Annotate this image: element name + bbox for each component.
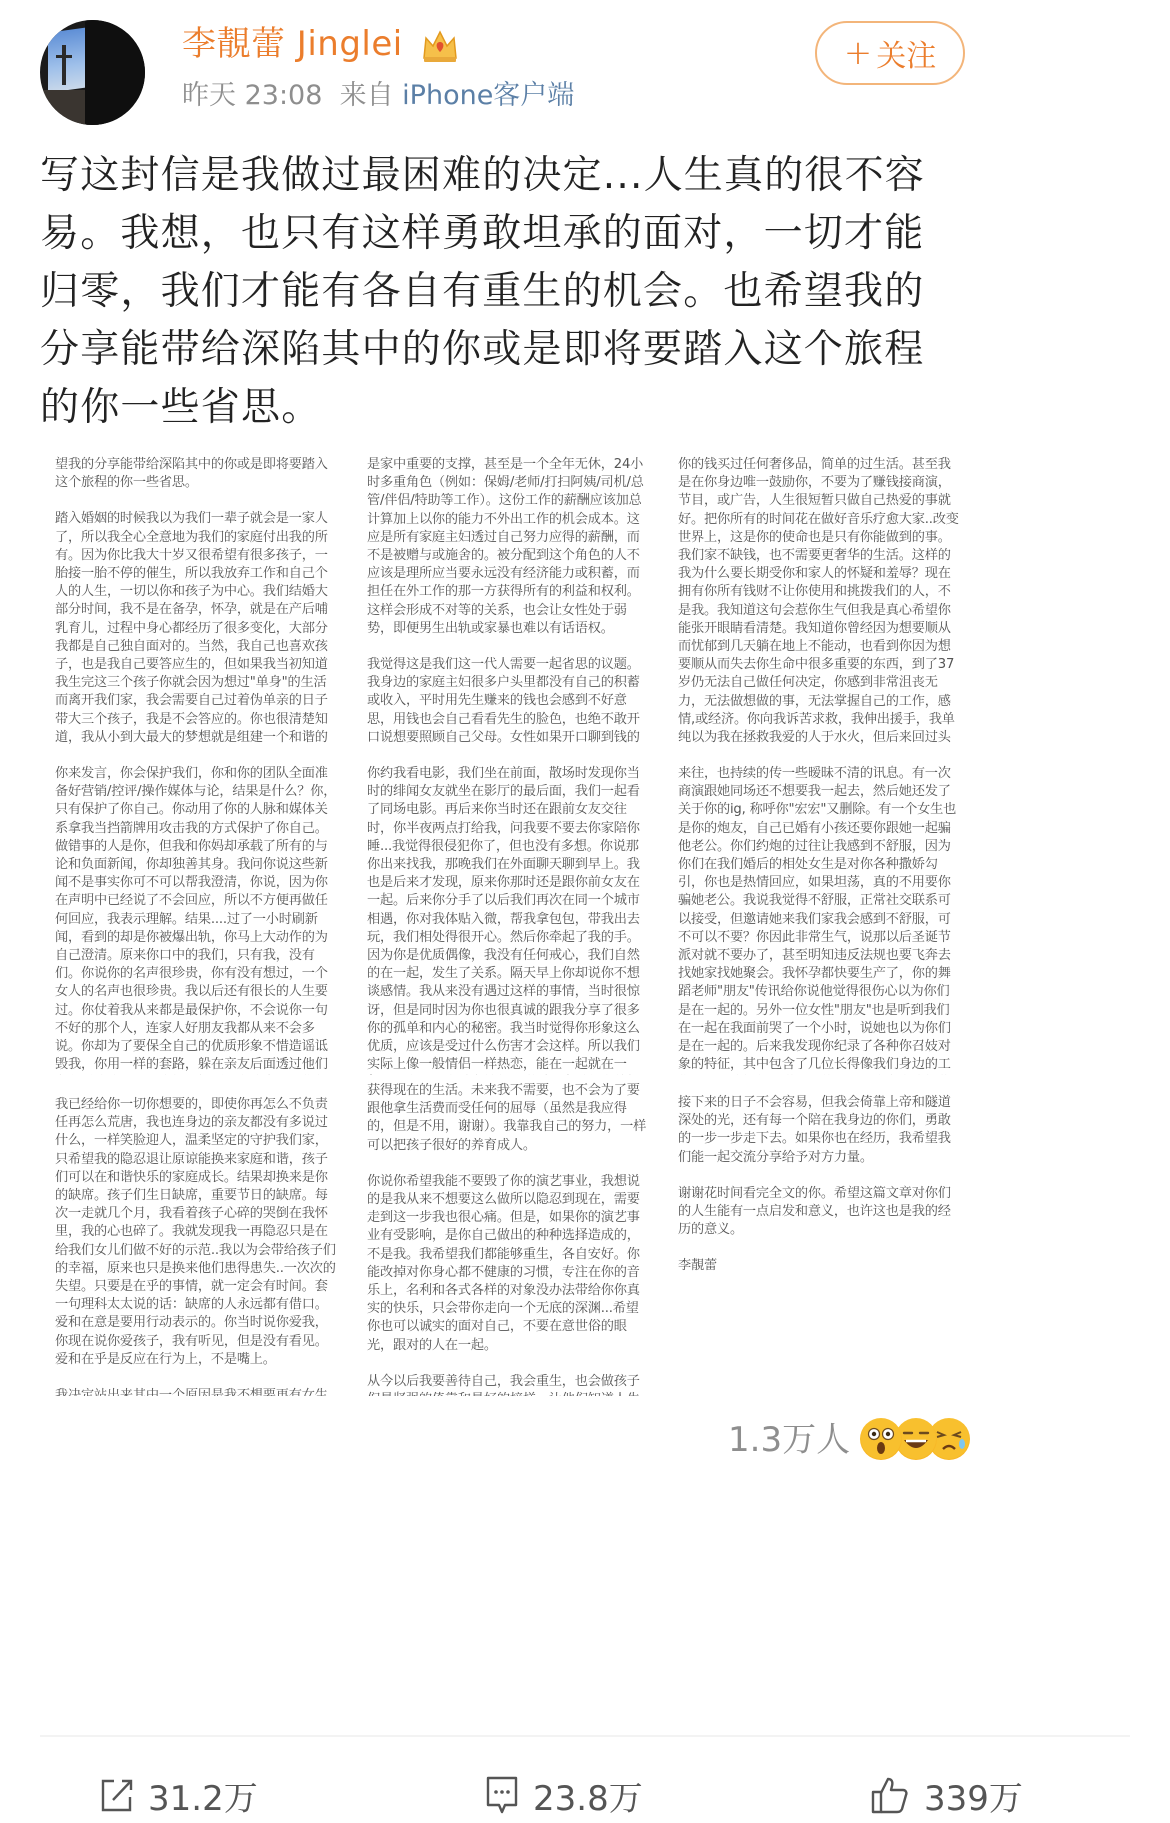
post-meta: 昨天 23:08 来自 iPhone客户端 [182, 78, 574, 114]
repost-icon [100, 1777, 134, 1813]
reaction-count[interactable]: 1.3万人 [728, 1418, 850, 1462]
letter-text: 获得现在的生活。未来我不需要，也不会为了要跟他拿生活费而受任何的屈辱（虽然是我应… [367, 1082, 651, 1396]
shocked-face-emoji-icon [860, 1418, 902, 1460]
letter-paragraph: 望我的分享能带给深陷其中的你或是即将要踏入这个旅程的你一些省思。 [55, 456, 339, 492]
letter-paragraph: 是家中重要的支撑，甚至是一个全年无休，24小时多重角色（例如：保姆/老师/打扫阿… [367, 456, 651, 638]
letter-paragraph: 接下来的日子不会容易，但我会倚靠上帝和隧道深处的光，还有每一个陪在我身边的你们，… [678, 1094, 962, 1167]
letter-image-6[interactable]: 来往，也持续的传一些暧昧不清的讯息。有一次商演跟她同场还不想要我一起去，然后她还… [668, 757, 968, 1075]
author-name[interactable]: 李靚蕾 Jinglei [182, 22, 403, 66]
letter-text: 接下来的日子不会容易，但我会倚靠上帝和隧道深处的光，还有每一个陪在我身边的你们，… [678, 1094, 962, 1294]
letter-image-7[interactable]: 我已经给你一切你想要的，即使你再怎么不负责任再怎么荒唐，我也连身边的亲友都没有多… [45, 1086, 345, 1396]
letter-text: 望我的分享能带给深陷其中的你或是即将要踏入这个旅程的你一些省思。 踏入婚姻的时候… [55, 456, 339, 746]
avatar-photo-tower-arm [56, 55, 72, 58]
post-text-line: 的你一些省思。 [40, 379, 970, 437]
letter-text: 我已经给你一切你想要的，即使你再怎么不负责任再怎么荒唐，我也连身边的亲友都没有多… [55, 1096, 339, 1396]
letter-image-1[interactable]: 望我的分享能带给深陷其中的你或是即将要踏入这个旅程的你一些省思。 踏入婚姻的时候… [45, 448, 345, 746]
letter-image-8[interactable]: 获得现在的生活。未来我不需要，也不会为了要跟他拿生活费而受任何的屈辱（虽然是我应… [357, 1076, 657, 1396]
letter-paragraph: 从今以后我要善待自己，我会重生，也会做孩子们最坚强的倚靠和最好的榜样，让他们知道… [367, 1373, 651, 1396]
action-bar-divider [40, 1735, 1130, 1737]
source-prefix: 来自 [340, 80, 394, 111]
letter-paragraph: 你约我看电影，我们坐在前面，散场时发现你当时的绯闻女友就坐在影厅的最后面，我们一… [367, 765, 651, 1075]
post-timestamp: 昨天 23:08 [182, 80, 322, 111]
letter-text: 来往，也持续的传一些暧昧不清的讯息。有一次商演跟她同场还不想要我一起去，然后她还… [678, 765, 962, 1075]
letter-image-3[interactable]: 你的钱买过任何奢侈品，简单的过生活。甚至我是在你身边唯一鼓励你，不要为了赚钱接商… [668, 448, 968, 746]
thumbs-up-icon [870, 1775, 910, 1815]
letter-paragraph: 来往，也持续的传一些暧昧不清的讯息。有一次商演跟她同场还不想要我一起去，然后她还… [678, 765, 962, 1075]
post-text-line: 易。我想，也只有这样勇敢坦承的面对，一切才能 [40, 205, 970, 263]
avatar-photo-tower [62, 45, 66, 85]
source-client-link[interactable]: iPhone客户端 [402, 80, 574, 111]
letter-paragraph: 获得现在的生活。未来我不需要，也不会为了要跟他拿生活费而受任何的屈辱（虽然是我应… [367, 1082, 651, 1155]
letter-signature: 李靚蕾 [678, 1257, 962, 1275]
letter-paragraph: 我已经给你一切你想要的，即使你再怎么不负责任再怎么荒唐，我也连身边的亲友都没有多… [55, 1096, 339, 1369]
letter-paragraph: 踏入婚姻的时候我以为我们一辈子就会是一家人了，所以我全心全意地为我们的家庭付出我… [55, 510, 339, 746]
post-text-line: 写这封信是我做过最困难的决定...人生真的很不容 [40, 147, 970, 205]
avatar-photo-sky [48, 27, 88, 93]
letter-paragraph: 你的钱买过任何奢侈品，简单的过生活。甚至我是在你身边唯一鼓励你，不要为了赚钱接商… [678, 456, 962, 746]
letter-text: 你约我看电影，我们坐在前面，散场时发现你当时的绯闻女友就坐在影厅的最后面，我们一… [367, 765, 651, 1075]
letter-paragraph: 我决定站出来其中一个原因是我不想要再有女生 [55, 1387, 339, 1396]
letter-paragraph: 你说你希望我能不要毁了你的演艺事业，我想说的是我从来不想要这么做所以隐忍到现在，… [367, 1173, 651, 1355]
repost-button[interactable]: 31.2万 [100, 1765, 258, 1823]
letter-image-5[interactable]: 你约我看电影，我们坐在前面，散场时发现你当时的绯闻女友就坐在影厅的最后面，我们一… [357, 757, 657, 1075]
avatar[interactable] [40, 20, 145, 125]
letter-image-2[interactable]: 是家中重要的支撑，甚至是一个全年无休，24小时多重角色（例如：保姆/老师/打扫阿… [357, 448, 657, 746]
like-count: 339万 [924, 1771, 1023, 1820]
post-text-line: 分享能带给深陷其中的你或是即将要踏入这个旅程 [40, 321, 970, 379]
letter-image-9[interactable]: 接下来的日子不会容易，但我会倚靠上帝和隧道深处的光，还有每一个陪在我身边的你们，… [668, 1086, 968, 1396]
letter-text: 是家中重要的支撑，甚至是一个全年无休，24小时多重角色（例如：保姆/老师/打扫阿… [367, 456, 651, 746]
crown-vip-icon [420, 28, 460, 64]
follow-label: 关注 [876, 31, 936, 75]
avatar-photo-shadow [85, 20, 145, 125]
comment-count: 23.8万 [533, 1771, 643, 1820]
post-text-line: 归零，我们才能有各自有重生的机会。也希望我的 [40, 263, 970, 321]
letter-paragraph: 你来发言，你会保护我们，你和你的团队全面准备好营销/控评/操作媒体与论，结果是什… [55, 765, 339, 1075]
letter-text: 你的钱买过任何奢侈品，简单的过生活。甚至我是在你身边唯一鼓励你，不要为了赚钱接商… [678, 456, 962, 746]
post-body: 写这封信是我做过最困难的决定...人生真的很不容 易。我想，也只有这样勇敢坦承的… [40, 147, 970, 437]
letter-paragraph: 谢谢花时间看完全文的你。希望这篇文章对你们的人生能有一点启发和意义，也许这也是我… [678, 1185, 962, 1240]
like-button[interactable]: 339万 [870, 1765, 1023, 1823]
repost-count: 31.2万 [148, 1771, 258, 1820]
letter-text: 你来发言，你会保护我们，你和你的团队全面准备好营销/控评/操作媒体与论，结果是什… [55, 765, 339, 1075]
follow-button[interactable]: +关注 [815, 21, 965, 85]
plus-icon: + [844, 33, 873, 73]
letter-paragraph: 我觉得这是我们这一代人需要一起省思的议题。我身边的家庭主妇很多户头里都没有自己的… [367, 656, 651, 746]
comment-icon [485, 1775, 519, 1815]
letter-image-4[interactable]: 你来发言，你会保护我们，你和你的团队全面准备好营销/控评/操作媒体与论，结果是什… [45, 757, 345, 1075]
comment-button[interactable]: 23.8万 [485, 1765, 643, 1823]
